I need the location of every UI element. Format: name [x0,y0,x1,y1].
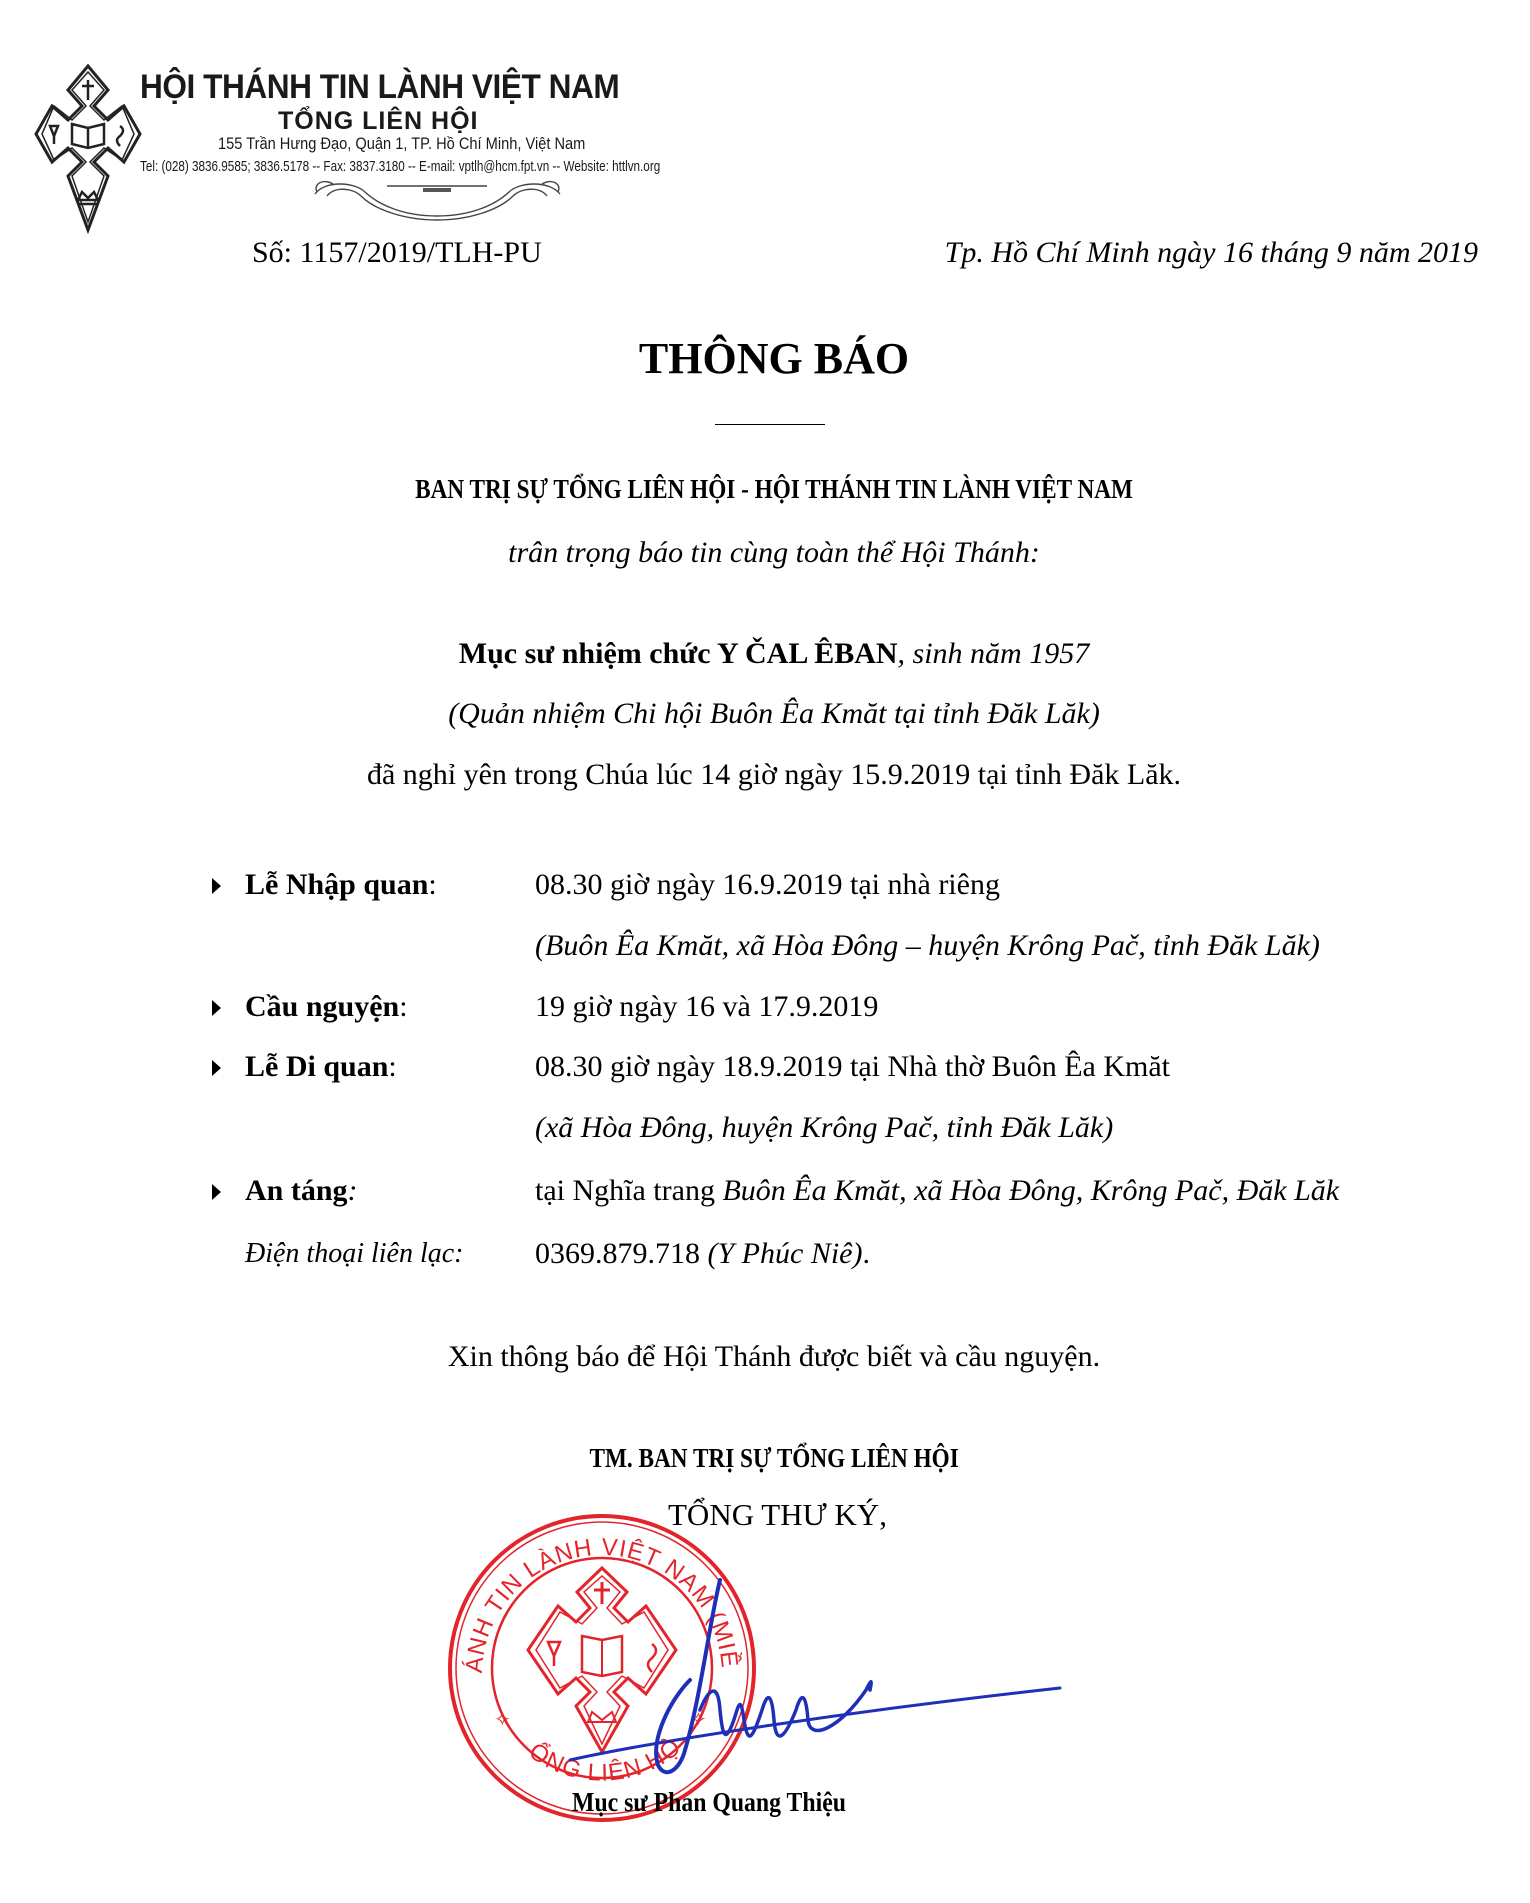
bullet-arrow-icon [212,878,221,894]
phone-value: 0369.879.718 (Y Phúc Niê). [535,1237,870,1271]
schedule-note-procession: (xã Hòa Đông, huyện Krông Pač, tỉnh Đăk … [535,1111,1113,1145]
church-emblem-icon [32,62,144,234]
deceased-role: (Quản nhiệm Chi hội Buôn Êa Kmăt tại tỉn… [0,697,1530,731]
phone-label: Điện thoại liên lạc: [245,1238,464,1270]
deceased-birth: , sinh năm 1957 [898,637,1090,670]
schedule-value-procession: 08.30 giờ ngày 18.9.2019 tại Nhà thờ Buô… [535,1050,1170,1084]
schedule-label-encoffining: Lễ Nhập quan: [245,868,437,902]
deceased-line: Mục sư nhiệm chức Y ČAL ÊBAN, sinh năm 1… [0,637,1530,671]
deceased-death-notice: đã nghỉ yên trong Chúa lúc 14 giờ ngày 1… [0,758,1530,792]
signer-title: TỔNG THƯ KÝ, [668,1497,887,1533]
issuer-subheading: trân trọng báo tin cùng toàn thể Hội Thá… [0,536,1530,570]
signature-on-behalf: TM. BAN TRỊ SỰ TỔNG LIÊN HỘI [109,1443,1440,1474]
schedule-value-prayer: 19 giờ ngày 16 và 17.9.2019 [535,990,878,1024]
bullet-arrow-icon [212,1000,221,1016]
closing-sentence: Xin thông báo để Hội Thánh được biết và … [0,1340,1530,1374]
org-contact: Tel: (028) 3836.9585; 3836.5178 -- Fax: … [140,158,660,175]
handwritten-signature-icon [540,1560,1080,1820]
document-number: Số: 1157/2019/TLH-PU [252,236,542,270]
signer-name: Mục sư Phan Quang Thiệu [85,1787,1333,1818]
schedule-label-burial: An táng: [245,1174,358,1208]
schedule-label-prayer: Cầu nguyện: [245,990,408,1024]
issuer-heading: BAN TRỊ SỰ TỔNG LIÊN HỘI - HỘI THÁNH TIN… [108,474,1439,505]
schedule-value-encoffining: 08.30 giờ ngày 16.9.2019 tại nhà riêng [535,868,1000,902]
schedule-note-encoffining: (Buôn Êa Kmăt, xã Hòa Đông – huyện Krông… [535,929,1320,963]
bullet-arrow-icon [212,1184,221,1200]
svg-text:✧: ✧ [494,1707,511,1731]
title-divider [715,424,825,425]
deceased-name: Mục sư nhiệm chức Y ČAL ÊBAN [459,637,898,670]
org-subtitle: TỔNG LIÊN HỘI [278,107,479,136]
schedule-value-burial: tại Nghĩa trang Buôn Êa Kmăt, xã Hòa Đôn… [535,1174,1339,1208]
org-address: 155 Trần Hưng Đạo, Quận 1, TP. Hồ Chí Mi… [218,134,585,154]
phone-number: 0369.879.718 [535,1237,700,1270]
org-name: HỘI THÁNH TIN LÀNH VIỆT NAM [140,68,619,107]
schedule-label-procession: Lễ Di quan: [245,1050,397,1084]
document-title: THÔNG BÁO [0,333,1530,384]
flourish-divider-icon [305,176,570,222]
phone-contact-person: (Y Phúc Niê) [708,1237,863,1270]
document-place-date: Tp. Hồ Chí Minh ngày 16 tháng 9 năm 2019 [945,236,1478,270]
bullet-arrow-icon [212,1060,221,1076]
